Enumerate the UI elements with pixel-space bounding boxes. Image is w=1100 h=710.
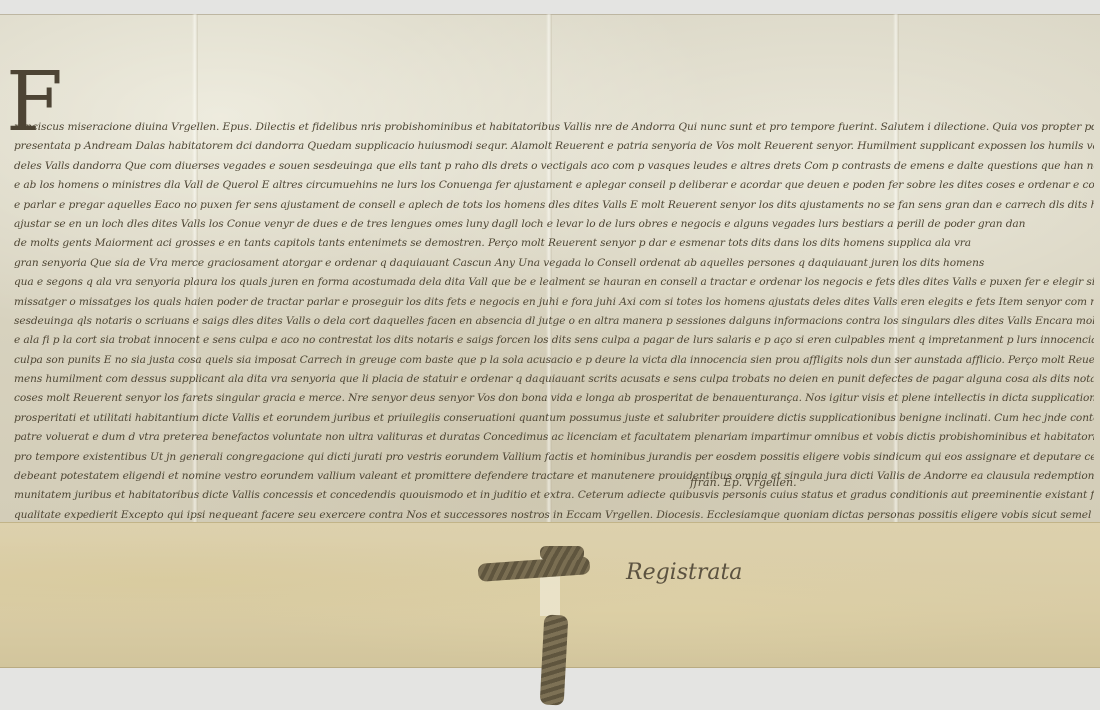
text-line: culpa son punits E no sia justa cosa que… (14, 351, 1094, 370)
text-line: ajustar se en un loch dles dites Valls l… (14, 215, 1094, 234)
text-line: sesdeuinga qls notaris o scriuans e saig… (14, 312, 1094, 331)
text-line: prosperitati et utilitati habitantium di… (14, 409, 1094, 428)
text-line: patre voluerat e dum d vtra preterea ben… (14, 428, 1094, 447)
text-line: gran senyoria Que sia de Vra merce graci… (14, 254, 1094, 273)
text-line: coses molt Reuerent senyor los farets si… (14, 389, 1094, 408)
text-line: e ala fi p la cort sia trobat innocent e… (14, 331, 1094, 350)
text-line: pro tempore existentibus Ut jn generali … (14, 448, 1094, 467)
text-line: presentata p Andream Dalas habitatorem d… (14, 137, 1094, 156)
text-line: munitatem juribus et habitatoribus dicte… (14, 486, 1094, 505)
text-line: qua e segons q ala vra senyoria plaura l… (14, 273, 1094, 292)
text-line: e ab los homens o ministres dla Vall de … (14, 176, 1094, 195)
text-line: debeant potestatem eligendi et nomine ve… (14, 467, 1094, 486)
signature: ffran. Ep. Vrgellen. (690, 476, 797, 489)
text-line: deles Valls dandorra Que com diuerses ve… (14, 157, 1094, 176)
text-line: mens humilment com dessus supplicant ala… (14, 370, 1094, 389)
registration-mark: Registrata (626, 560, 742, 585)
seal-cord (540, 546, 584, 560)
text-line: e parlar e pregar aquelles Eaco no puxen… (14, 196, 1094, 215)
seal-cord-pendant (540, 614, 569, 705)
text-line: de molts gents Maiorment aci grosses e e… (14, 234, 1094, 253)
text-line: ranciscus miseracione diuina Vrgellen. E… (14, 118, 1094, 137)
text-line: missatger o missatges los quals haien po… (14, 293, 1094, 312)
